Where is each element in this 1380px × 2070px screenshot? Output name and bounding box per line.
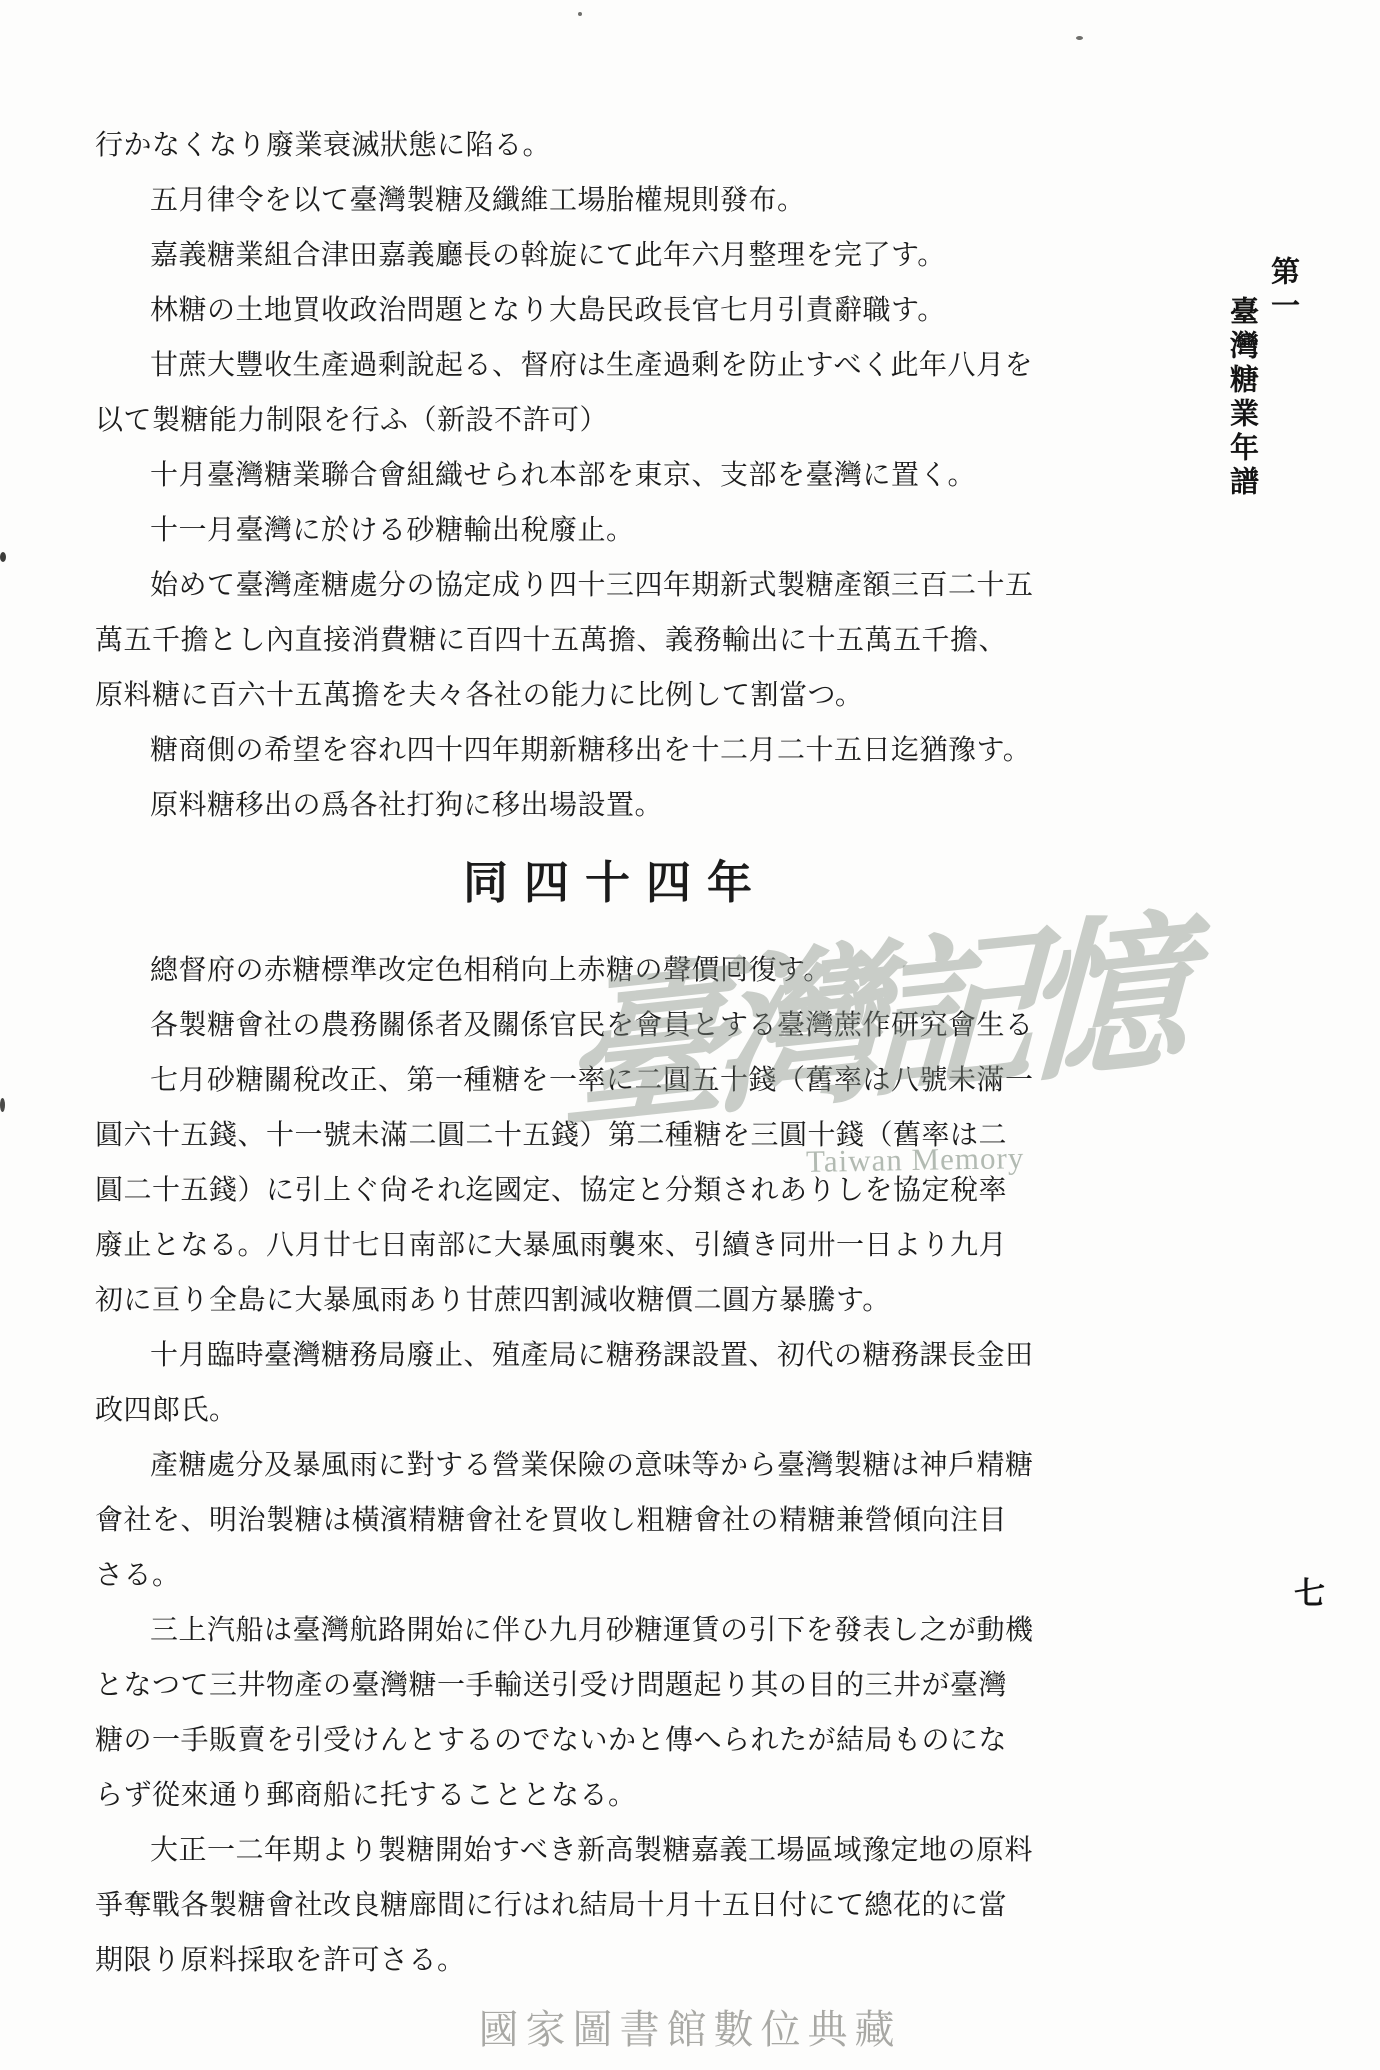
text-line: 圓六十五錢、十一號未滿二圓二十五錢）第二種糖を三圓十錢（舊率は二 [95, 1108, 1000, 1163]
text-line: 七月砂糖關稅改正、第一種糖を一率に二圓五十錢（舊率は八號未滿一 [95, 1053, 1000, 1108]
chapter-title-label: 臺灣糖業年譜 [1222, 296, 1263, 500]
text-line: となつて三井物產の臺灣糖一手輸送引受け問題起り其の目的三井が臺灣 [95, 1658, 1000, 1713]
scanned-book-page: 行かなくなり廢業衰滅狀態に陷る。五月律令を以て臺灣製糖及纖維工場胎權規則發布。嘉… [0, 0, 1380, 2070]
footer-archive-credit: 國家圖書館數位典藏 [0, 1998, 1380, 2055]
text-line: さる。 [95, 1548, 1000, 1603]
scan-artifact [0, 552, 6, 562]
text-line: 以て製糖能力制限を行ふ（新設不許可） [95, 393, 1000, 448]
text-line: 十一月臺灣に於ける砂糖輸出稅廢止。 [95, 503, 1000, 558]
text-block-meiji43: 行かなくなり廢業衰滅狀態に陷る。五月律令を以て臺灣製糖及纖維工場胎權規則發布。嘉… [95, 118, 1000, 833]
text-line: 糖の一手販賣を引受けんとするのでないかと傳へられたが結局ものにな [95, 1713, 1000, 1768]
page-number: 七 [1294, 1568, 1325, 1613]
text-line: 萬五千擔とし內直接消費糖に百四十五萬擔、義務輸出に十五萬五千擔、 [95, 613, 1000, 668]
text-line: 期限り原料採取を許可さる。 [95, 1933, 1000, 1988]
text-line: 十月臺灣糖業聯合會組織せられ本部を東京、支部を臺灣に置く。 [95, 448, 1000, 503]
text-line: 五月律令を以て臺灣製糖及纖維工場胎權規則發布。 [95, 173, 1000, 228]
scan-artifact [1076, 36, 1083, 40]
text-line: 原料糖に百六十五萬擔を夫々各社の能力に比例して割當つ。 [95, 668, 1000, 723]
text-line: 原料糖移出の爲各社打狗に移出場設置。 [95, 778, 1000, 833]
text-line: 各製糖會社の農務關係者及關係官民を會員とする臺灣蔗作研究會生る [95, 998, 1000, 1053]
text-line: 始めて臺灣產糖處分の協定成り四十三四年期新式製糖產額三百二十五 [95, 558, 1000, 613]
text-line: 初に亘り全島に大暴風雨あり甘蔗四割減收糖價二圓方暴騰す。 [95, 1273, 1000, 1328]
text-line: 嘉義糖業組合津田嘉義廳長の斡旋にて此年六月整理を完了す。 [95, 228, 1000, 283]
scan-artifact [0, 1098, 5, 1112]
text-line: 總督府の赤糖標準改定色相稍向上赤糖の聲價囘復す。 [95, 943, 1000, 998]
text-line: 政四郞氏。 [95, 1383, 1000, 1438]
text-line: 林糖の土地買收政治問題となり大島民政長官七月引責辭職す。 [95, 283, 1000, 338]
section-heading-year: 同四十四年 [95, 851, 1000, 915]
text-line: らず從來通り郵商船に托することとなる。 [95, 1768, 1000, 1823]
text-block-meiji44: 總督府の赤糖標準改定色相稍向上赤糖の聲價囘復す。各製糖會社の農務關係者及關係官民… [95, 943, 1000, 1988]
text-line: 十月臨時臺灣糖務局廢止、殖產局に糖務課設置、初代の糖務課長金田 [95, 1328, 1000, 1383]
text-line: 大正一二年期より製糖開始すべき新高製糖嘉義工場區域豫定地の原料 [95, 1823, 1000, 1878]
text-line: 圓二十五錢）に引上ぐ尙それ迄國定、協定と分類されありしを協定稅率 [95, 1163, 1000, 1218]
text-line: 產糖處分及暴風雨に對する營業保險の意味等から臺灣製糖は神戶精糖 [95, 1438, 1000, 1493]
text-line: 廢止となる。八月廿七日南部に大暴風雨襲來、引續き同卅一日より九月 [95, 1218, 1000, 1273]
main-text-column: 行かなくなり廢業衰滅狀態に陷る。五月律令を以て臺灣製糖及纖維工場胎權規則發布。嘉… [95, 118, 1000, 1988]
chapter-number-label: 第一 [1263, 256, 1304, 500]
text-line: 糖商側の希望を容れ四十四年期新糖移出を十二月二十五日迄猶豫す。 [95, 723, 1000, 778]
text-line: 三上汽船は臺灣航路開始に伴ひ九月砂糖運賃の引下を發表し之が動機 [95, 1603, 1000, 1658]
scan-artifact [578, 12, 582, 16]
text-line: 會社を、明治製糖は橫濱精糖會社を買收し粗糖會社の精糖兼營傾向注目 [95, 1493, 1000, 1548]
text-line: 行かなくなり廢業衰滅狀態に陷る。 [95, 118, 1000, 173]
text-line: 爭奪戰各製糖會社改良糖廍間に行はれ結局十月十五日付にて總花的に當 [95, 1878, 1000, 1933]
margin-running-head: 第一 臺灣糖業年譜 [1222, 256, 1304, 500]
text-line: 甘蔗大豐收生產過剩說起る、督府は生產過剩を防止すべく此年八月を [95, 338, 1000, 393]
